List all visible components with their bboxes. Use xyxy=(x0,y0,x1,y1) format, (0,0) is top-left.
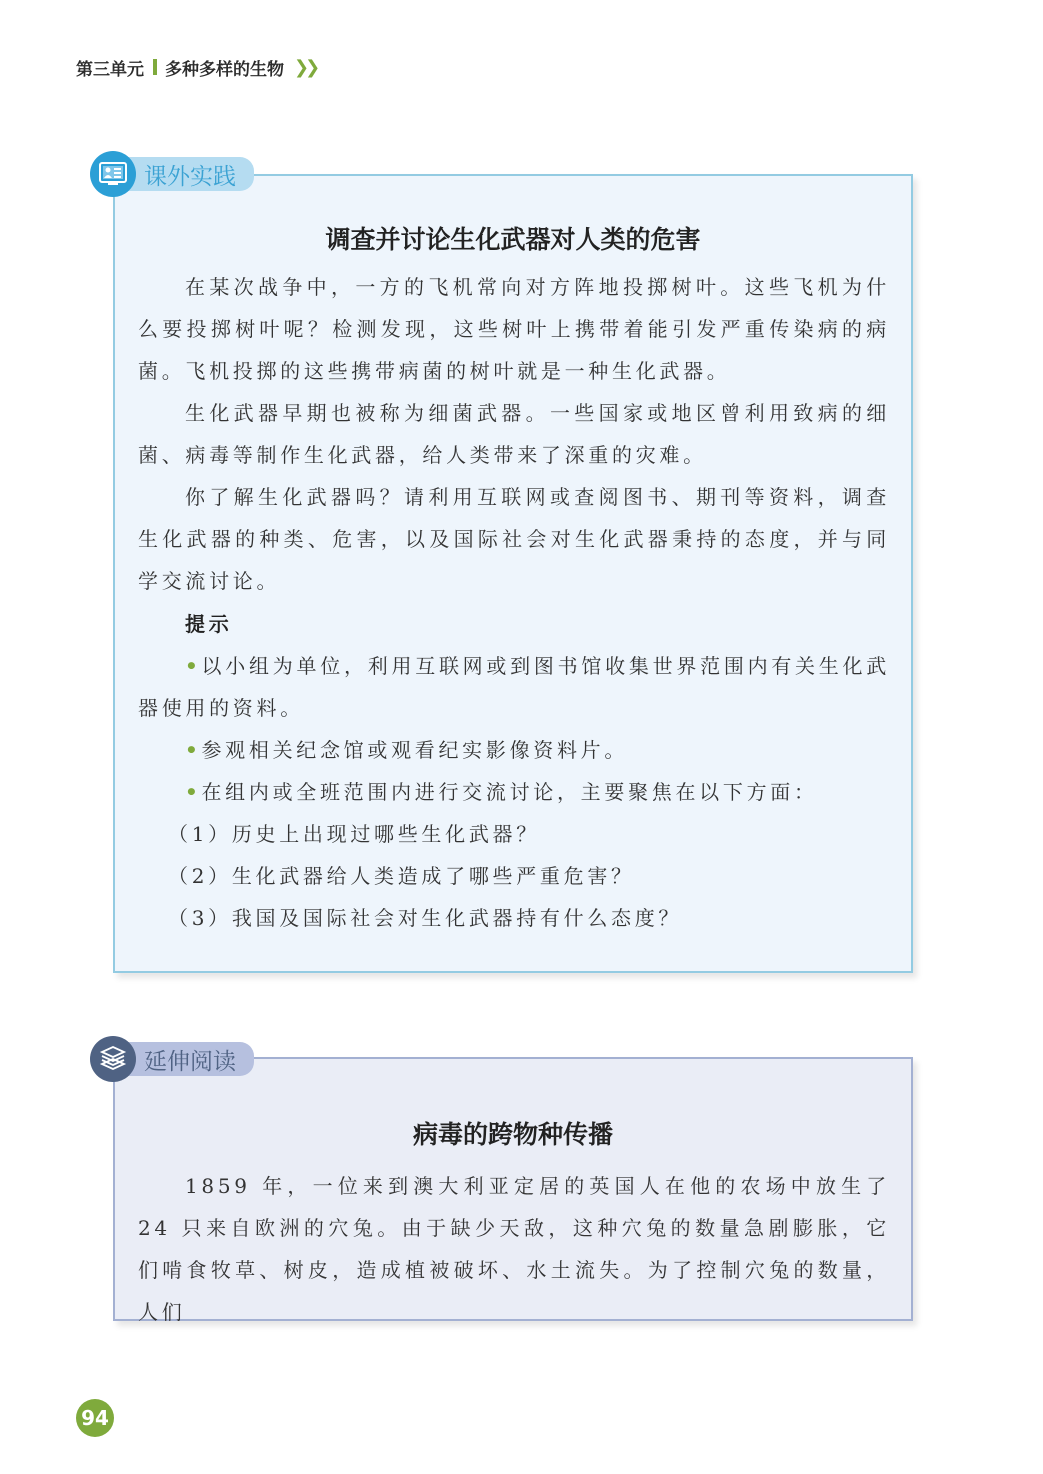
header-divider xyxy=(153,59,157,75)
unit-label: 第三单元 xyxy=(76,55,144,80)
bullet-dot: • xyxy=(185,654,201,678)
practice-paragraph-3: 你了解生化武器吗？请利用互联网或查阅图书、期刊等资料，调查生化武器的种类、危害，… xyxy=(138,476,890,602)
bullet-text: 以小组为单位，利用互联网或到图书馆收集世界范围内有关生化武器使用的资料。 xyxy=(138,654,890,720)
chapter-label: 多种多样的生物 xyxy=(165,55,284,80)
bullet-dot: • xyxy=(185,780,201,804)
reading-paragraph: 1859 年，一位来到澳大利亚定居的英国人在他的农场中放生了 24 只来自欧洲的… xyxy=(138,1165,890,1333)
practice-title: 调查并讨论生化武器对人类的危害 xyxy=(115,220,911,256)
bullet-dot: • xyxy=(185,738,201,762)
hint-bullet-3: •在组内或全班范围内进行交流讨论，主要聚焦在以下方面： xyxy=(138,771,890,813)
reading-tag-label: 延伸阅读 xyxy=(122,1042,254,1076)
page-number: 94 xyxy=(76,1399,114,1437)
practice-box: 调查并讨论生化武器对人类的危害 在某次战争中，一方的飞机常向对方阵地投掷树叶。这… xyxy=(113,174,913,973)
double-chevron-icon: ❯❯ xyxy=(294,57,316,78)
hint-label: 提示 xyxy=(185,612,232,636)
hint-heading: 提示 xyxy=(138,603,890,645)
practice-paragraph-1: 在某次战争中，一方的飞机常向对方阵地投掷树叶。这些飞机为什么要投掷树叶呢？检测发… xyxy=(138,266,890,392)
reading-tag: 延伸阅读 xyxy=(90,1036,254,1082)
running-header: 第三单元 多种多样的生物 ❯❯ xyxy=(76,54,316,80)
extended-reading-box: 病毒的跨物种传播 1859 年，一位来到澳大利亚定居的英国人在他的农场中放生了 … xyxy=(113,1057,913,1321)
bullet-text: 在组内或全班范围内进行交流讨论，主要聚焦在以下方面： xyxy=(201,780,817,804)
computer-user-icon xyxy=(90,151,136,197)
hint-bullet-2: •参观相关纪念馆或观看纪实影像资料片。 xyxy=(138,729,890,771)
question-3: （3）我国及国际社会对生化武器持有什么态度？ xyxy=(138,897,890,939)
practice-tag: 课外实践 xyxy=(90,151,254,197)
practice-tag-label: 课外实践 xyxy=(122,157,254,191)
bullet-text: 参观相关纪念馆或观看纪实影像资料片。 xyxy=(201,738,628,762)
question-1: （1）历史上出现过哪些生化武器？ xyxy=(138,813,890,855)
practice-paragraph-2: 生化武器早期也被称为细菌武器。一些国家或地区曾利用致病的细菌、病毒等制作生化武器… xyxy=(138,392,890,476)
hint-bullet-1: •以小组为单位，利用互联网或到图书馆收集世界范围内有关生化武器使用的资料。 xyxy=(138,645,890,729)
book-stack-icon xyxy=(90,1036,136,1082)
reading-title: 病毒的跨物种传播 xyxy=(115,1115,911,1151)
question-2: （2）生化武器给人类造成了哪些严重危害？ xyxy=(138,855,890,897)
